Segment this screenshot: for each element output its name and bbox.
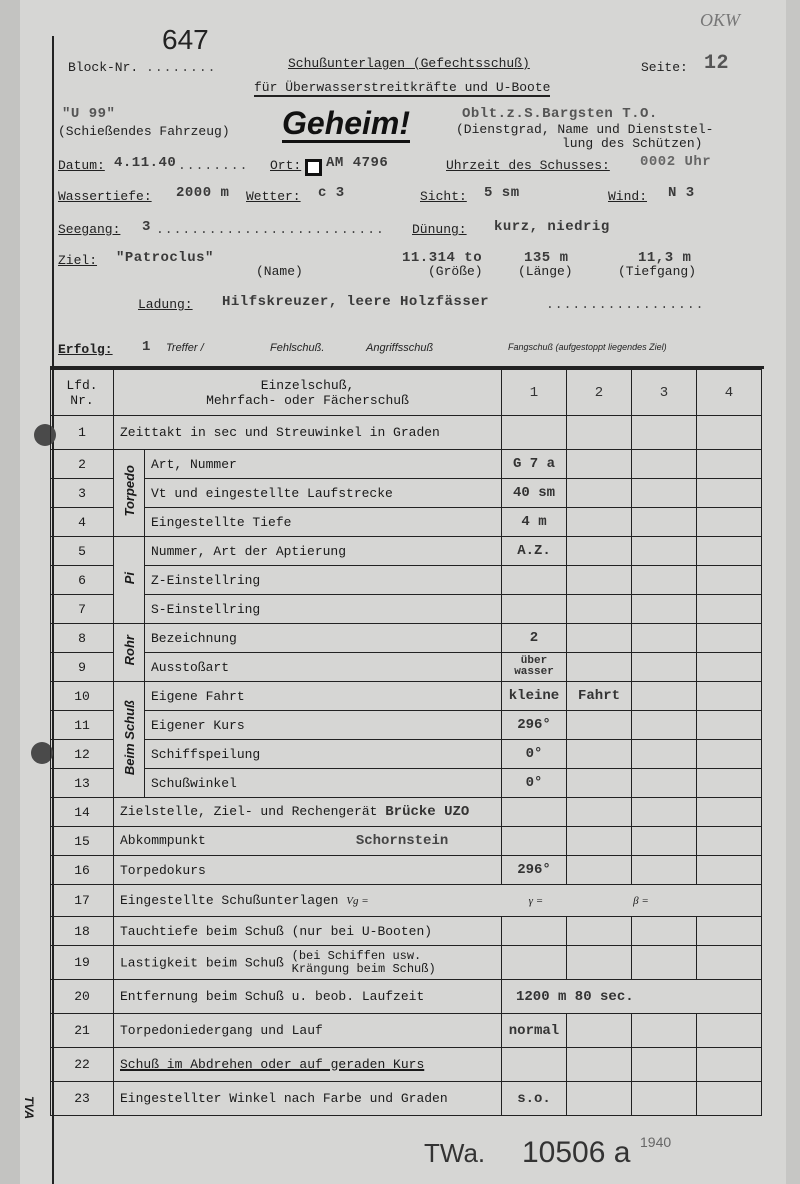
cell-2 — [567, 827, 632, 856]
table-row: 4 Eingestellte Tiefe 4 m — [51, 508, 762, 537]
visibility-label: Sicht: — [420, 189, 467, 204]
row-value: Schornstein — [356, 833, 448, 849]
row-label-text: Schuß im Abdrehen oder auf geraden Kurs — [120, 1057, 424, 1072]
row-nr: 10 — [51, 682, 114, 711]
cell-3 — [632, 711, 697, 740]
cell-3 — [632, 946, 697, 980]
beta-value: β = — [633, 895, 649, 907]
cell-4 — [697, 946, 762, 980]
header-col-4: 4 — [697, 370, 762, 416]
cell-4 — [697, 479, 762, 508]
row-label: Schußwinkel — [145, 769, 502, 798]
row-nr: 15 — [51, 827, 114, 856]
cell-1: normal — [502, 1014, 567, 1048]
row-label: S-Einstellring — [145, 595, 502, 624]
form-subtitle: für Überwasserstreitkräfte und U-Boote — [254, 80, 550, 97]
cell-3 — [632, 769, 697, 798]
document-page: 647 Block-Nr. ........ Schußunterlagen (… — [0, 0, 800, 1184]
row-nr: 17 — [51, 885, 114, 917]
row-nr: 2 — [51, 450, 114, 479]
target-draft-label: (Tiefgang) — [618, 264, 696, 279]
block-label: Block-Nr. ........ — [68, 60, 216, 75]
cell-2 — [567, 450, 632, 479]
table-row: 10 Beim Schuß Eigene Fahrt kleineFahrt — [51, 682, 762, 711]
cell-3 — [632, 537, 697, 566]
table-row: 20 Entfernung beim Schuß u. beob. Laufze… — [51, 980, 762, 1014]
table-row: 6 Z-Einstellring — [51, 566, 762, 595]
wind-label: Wind: — [608, 189, 647, 204]
row-nr: 7 — [51, 595, 114, 624]
location-value: AM 4796 — [326, 155, 388, 171]
group-label: Pi — [122, 572, 137, 584]
swell-value: kurz, niedrig — [494, 219, 610, 235]
cell-3 — [632, 508, 697, 537]
cell-1: 296° — [502, 711, 567, 740]
table-row: 16 Torpedokurs 296° — [51, 856, 762, 885]
row-label: Entfernung beim Schuß u. beob. Laufzeit — [114, 980, 502, 1014]
target-length-label: (Länge) — [518, 264, 573, 279]
row-label: Eigener Kurs — [145, 711, 502, 740]
row-label: Eingestellter Winkel nach Farbe und Grad… — [114, 1082, 502, 1116]
row-nr: 14 — [51, 798, 114, 827]
cell-2 — [567, 595, 632, 624]
row-label: Eigene Fahrt — [145, 682, 502, 711]
secret-stamp: Geheim! — [282, 106, 410, 143]
cell-3 — [632, 827, 697, 856]
row-label: AbkommpunktSchornstein — [114, 827, 502, 856]
row-label: Schiffspeilung — [145, 740, 502, 769]
row-nr: 22 — [51, 1048, 114, 1082]
cell-2 — [567, 537, 632, 566]
header-desc-2: Mehrfach- oder Fächerschuß — [120, 393, 495, 408]
catch-label: Fangschuß (aufgestoppt liegendes Ziel) — [508, 342, 667, 352]
cell-2 — [567, 740, 632, 769]
wind-value: N 3 — [668, 185, 695, 201]
table-row: 17 Eingestellte Schußunterlagen Vg =γ =β… — [51, 885, 762, 917]
form-title: Schußunterlagen (Gefechtsschuß) — [288, 56, 530, 71]
shooter-label-2: lung des Schützen) — [562, 136, 702, 151]
table-row: 7 S-Einstellring — [51, 595, 762, 624]
page-left-edge — [0, 0, 20, 1184]
cell-1 — [502, 827, 567, 856]
cell-1: 2 — [502, 624, 567, 653]
cell-1: kleine — [502, 682, 567, 711]
cell-3 — [632, 416, 697, 450]
row-nr: 19 — [51, 946, 114, 980]
header-col-1: 1 — [502, 370, 567, 416]
table-row: 18 Tauchtiefe beim Schuß (nur bei U-Boot… — [51, 917, 762, 946]
row-label-note: (bei Schiffen usw. Krängung beim Schuß) — [292, 950, 452, 976]
success-value: 1 — [142, 339, 151, 355]
miss-label: Fehlschuß. — [270, 342, 324, 354]
cell-1: G 7 a — [502, 450, 567, 479]
cell-4 — [697, 798, 762, 827]
row-label-text: Zielstelle, Ziel- und Rechengerät — [120, 804, 377, 819]
date-label: Datum: — [58, 158, 105, 173]
row-nr: 12 — [51, 740, 114, 769]
cell-2 — [567, 653, 632, 682]
row-nr: 4 — [51, 508, 114, 537]
row-label: Zeittakt in sec und Streuwinkel in Grade… — [114, 416, 502, 450]
cell-4 — [697, 537, 762, 566]
location-label: Ort: — [270, 158, 301, 173]
cell-4 — [697, 682, 762, 711]
row-nr: 1 — [51, 416, 114, 450]
cell-1 — [502, 946, 567, 980]
group-torpedo: Torpedo — [114, 450, 145, 537]
cell-2 — [567, 508, 632, 537]
table-row: 8 Rohr Bezeichnung 2 — [51, 624, 762, 653]
depth-value: 2000 m — [176, 185, 229, 201]
gamma-value: γ = — [529, 895, 544, 907]
cargo-label: Ladung: — [138, 297, 193, 312]
cell-4 — [697, 595, 762, 624]
cell-1 — [502, 1048, 567, 1082]
cell-2 — [567, 624, 632, 653]
row-label: Art, Nummer — [145, 450, 502, 479]
table-row: 22 Schuß im Abdrehen oder auf geraden Ku… — [51, 1048, 762, 1082]
table-row: 23 Eingestellter Winkel nach Farbe und G… — [51, 1082, 762, 1116]
row-label: Vt und eingestellte Laufstrecke — [145, 479, 502, 508]
cell-1: s.o. — [502, 1082, 567, 1116]
cell-4 — [697, 450, 762, 479]
cell-2 — [567, 479, 632, 508]
page-label: Seite: — [641, 60, 688, 75]
shooter-label-1: (Dienstgrad, Name und Dienststel- — [456, 122, 713, 137]
pencil-annotation: OKW — [700, 10, 740, 31]
cell-2 — [567, 798, 632, 827]
dots: .......................... — [156, 222, 385, 237]
cell-1 — [502, 595, 567, 624]
table-row: 2 Torpedo Art, Nummer G 7 a — [51, 450, 762, 479]
row-label: Eingestellte Schußunterlagen Vg =γ =β = — [114, 885, 762, 917]
archive-stamp-number: 10506 a — [522, 1136, 630, 1170]
row-nr: 13 — [51, 769, 114, 798]
table-row: 12 Schiffspeilung 0° — [51, 740, 762, 769]
row-label: Zielstelle, Ziel- und Rechengerät Brücke… — [114, 798, 502, 827]
cell-3 — [632, 624, 697, 653]
row-nr: 6 — [51, 566, 114, 595]
row-label: Ausstoßart — [145, 653, 502, 682]
cell-1 — [502, 416, 567, 450]
cell-4 — [697, 508, 762, 537]
cell-2 — [567, 1014, 632, 1048]
dots: ........ — [178, 158, 248, 173]
table-row: 9 Ausstoßart über wasser — [51, 653, 762, 682]
target-name-label: (Name) — [256, 264, 303, 279]
cell-3 — [632, 798, 697, 827]
dots: .................. — [546, 297, 704, 312]
cell-4 — [697, 653, 762, 682]
target-name: "Patroclus" — [116, 250, 214, 266]
grid-square-icon — [305, 159, 322, 176]
cell-2 — [567, 1048, 632, 1082]
cell-1: 1200 m 80 sec. — [502, 980, 762, 1014]
row-label: Z-Einstellring — [145, 566, 502, 595]
cell-4 — [697, 624, 762, 653]
cell-4 — [697, 711, 762, 740]
cell-1: 4 m — [502, 508, 567, 537]
cargo-value: Hilfskreuzer, leere Holzfässer — [222, 294, 489, 310]
cell-4 — [697, 1082, 762, 1116]
header-col-2: 2 — [567, 370, 632, 416]
table-row: 15 AbkommpunktSchornstein — [51, 827, 762, 856]
cell-1: 296° — [502, 856, 567, 885]
table-row: 5 Pi Nummer, Art der Aptierung A.Z. — [51, 537, 762, 566]
row-label: Eingestellte Tiefe — [145, 508, 502, 537]
target-label: Ziel: — [58, 253, 97, 268]
row-label: Bezeichnung — [145, 624, 502, 653]
cell-3 — [632, 682, 697, 711]
cell-4 — [697, 416, 762, 450]
table-row: 19 Lastigkeit beim Schuß (bei Schiffen u… — [51, 946, 762, 980]
cell-3 — [632, 1014, 697, 1048]
cell-1: 40 sm — [502, 479, 567, 508]
archive-stamp-prefix: TWa. — [424, 1138, 485, 1169]
row-label-text: Abkommpunkt — [120, 833, 206, 848]
row-nr: 16 — [51, 856, 114, 885]
cell-3 — [632, 595, 697, 624]
cell-2 — [567, 416, 632, 450]
cell-1: über wasser — [502, 653, 567, 682]
row-label: Torpedokurs — [114, 856, 502, 885]
row-nr: 9 — [51, 653, 114, 682]
date-value: 4.11.40 — [114, 155, 176, 171]
table-row: 11 Eigener Kurs 296° — [51, 711, 762, 740]
row-nr: 8 — [51, 624, 114, 653]
cell-4 — [697, 856, 762, 885]
row-nr: 18 — [51, 917, 114, 946]
row-label-text: Lastigkeit beim Schuß — [120, 955, 284, 970]
cell-4 — [697, 917, 762, 946]
cell-3 — [632, 1048, 697, 1082]
table-row: 14 Zielstelle, Ziel- und Rechengerät Brü… — [51, 798, 762, 827]
cell-2 — [567, 946, 632, 980]
cell-1 — [502, 566, 567, 595]
header-col-3: 3 — [632, 370, 697, 416]
cell-4 — [697, 827, 762, 856]
group-beim-schuss: Beim Schuß — [114, 682, 145, 798]
cell-2 — [567, 566, 632, 595]
firing-data-table: Lfd. Nr. Einzelschuß, Mehrfach- oder Fäc… — [50, 369, 762, 1116]
weather-value: c 3 — [318, 185, 345, 201]
cell-3 — [632, 856, 697, 885]
depth-label: Wassertiefe: — [58, 189, 152, 204]
cell-3 — [632, 450, 697, 479]
header-desc-1: Einzelschuß, — [120, 378, 495, 393]
cell-4 — [697, 1014, 762, 1048]
cell-3 — [632, 479, 697, 508]
cell-2 — [567, 711, 632, 740]
row-label: Tauchtiefe beim Schuß (nur bei U-Booten) — [114, 917, 502, 946]
cell-3 — [632, 917, 697, 946]
archive-stamp-year: 1940 — [640, 1134, 671, 1150]
vg-value: Vg = — [346, 895, 368, 907]
cell-4 — [697, 740, 762, 769]
header-nr: Lfd. Nr. — [51, 370, 114, 416]
sea-value: 3 — [142, 219, 151, 235]
table-row: 21 Torpedoniedergang und Lauf normal — [51, 1014, 762, 1048]
group-label: Torpedo — [122, 465, 137, 517]
cell-1: 0° — [502, 769, 567, 798]
cell-3 — [632, 653, 697, 682]
vessel-label: (Schießendes Fahrzeug) — [58, 124, 230, 139]
cell-2 — [567, 856, 632, 885]
weather-label: Wetter: — [246, 189, 301, 204]
cell-2 — [567, 1082, 632, 1116]
target-size-label: (Größe) — [428, 264, 483, 279]
row-nr: 5 — [51, 537, 114, 566]
row-nr: 21 — [51, 1014, 114, 1048]
group-rohr: Rohr — [114, 624, 145, 682]
page-number: 12 — [704, 52, 729, 75]
sea-label: Seegang: — [58, 222, 120, 237]
hit-label: Treffer / — [166, 342, 204, 354]
header-description: Einzelschuß, Mehrfach- oder Fächerschuß — [114, 370, 502, 416]
row-label: Lastigkeit beim Schuß (bei Schiffen usw.… — [114, 946, 502, 980]
shooter-value: Oblt.z.S.Bargsten T.O. — [462, 106, 658, 122]
row-label: Torpedoniedergang und Lauf — [114, 1014, 502, 1048]
attack-label: Angriffsschuß — [366, 342, 433, 354]
cell-3 — [632, 566, 697, 595]
time-value: 0002 Uhr — [640, 154, 711, 170]
cell-4 — [697, 566, 762, 595]
group-pi: Pi — [114, 537, 145, 624]
cell-2 — [567, 769, 632, 798]
cell-2 — [567, 917, 632, 946]
row-label-text: Eingestellte Schußunterlagen — [120, 893, 338, 908]
table-row: 13 Schußwinkel 0° — [51, 769, 762, 798]
cell-4 — [697, 769, 762, 798]
cell-4 — [697, 1048, 762, 1082]
row-label: Nummer, Art der Aptierung — [145, 537, 502, 566]
group-label: Beim Schuß — [122, 700, 137, 775]
side-mark: TVA — [22, 1096, 36, 1119]
swell-label: Dünung: — [412, 222, 467, 237]
cell-1 — [502, 798, 567, 827]
table-row: 3 Vt und eingestellte Laufstrecke 40 sm — [51, 479, 762, 508]
cell-1: 0° — [502, 740, 567, 769]
success-label: Erfolg: — [58, 342, 113, 357]
cell-1: A.Z. — [502, 537, 567, 566]
visibility-value: 5 sm — [484, 185, 520, 201]
row-value: Brücke UZO — [385, 804, 469, 820]
row-nr: 23 — [51, 1082, 114, 1116]
table-header-row: Lfd. Nr. Einzelschuß, Mehrfach- oder Fäc… — [51, 370, 762, 416]
row-nr: 20 — [51, 980, 114, 1014]
cell-1 — [502, 917, 567, 946]
time-label: Uhrzeit des Schusses: — [446, 158, 610, 173]
cell-2: Fahrt — [567, 682, 632, 711]
row-label: Schuß im Abdrehen oder auf geraden Kurs — [114, 1048, 502, 1082]
row-nr: 3 — [51, 479, 114, 508]
vessel-value: "U 99" — [62, 106, 115, 122]
cell-3 — [632, 740, 697, 769]
table-row: 1 Zeittakt in sec und Streuwinkel in Gra… — [51, 416, 762, 450]
row-nr: 11 — [51, 711, 114, 740]
page-right-edge — [786, 0, 800, 1184]
cell-3 — [632, 1082, 697, 1116]
block-number: 647 — [162, 24, 209, 56]
group-label: Rohr — [122, 635, 137, 665]
